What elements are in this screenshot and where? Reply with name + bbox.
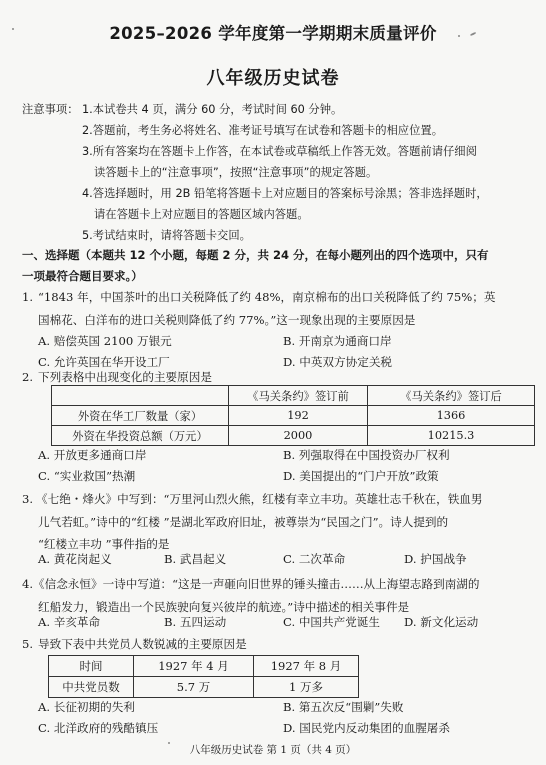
table-cell: 1 万多 <box>254 677 359 698</box>
stem-line: 儿气若虹。”诗中的“红楼 ”是湖北军政府旧址，被尊崇为“民国之门”。诗人提到的 <box>36 511 483 534</box>
notice-label: 注意事项： <box>22 99 79 120</box>
exam-subtitle: 八年级历史试卷 <box>0 64 546 90</box>
table-cell: 外资在华工厂数量（家） <box>52 406 229 426</box>
scan-speck <box>458 35 460 37</box>
table-cell: 1366 <box>368 406 535 426</box>
notice-item: 请在答题卡上对应题目的答题区域内答题。 <box>82 204 488 225</box>
option-b[interactable]: B. 开南京为通商口岸 <box>283 333 392 349</box>
table-cell: 10215.3 <box>368 426 535 446</box>
question-1-stem: “1843 年，中国茶叶的出口关税降低了约 48%，南京棉布的出口关税降低了约 … <box>38 286 495 331</box>
option-a[interactable]: A. 辛亥革命 <box>38 614 100 630</box>
option-d[interactable]: D. 中英双方协定关税 <box>283 354 392 370</box>
page-footer: 八年级历史试卷 第 1 页（共 4 页） <box>0 742 546 757</box>
option-c[interactable]: C. “实业救国”热潮 <box>38 468 135 484</box>
option-d[interactable]: D. 美国提出的“门户开放”政策 <box>283 468 439 484</box>
table-row: 中共党员数 5.7 万 1 万多 <box>49 677 359 698</box>
option-a[interactable]: A. 黄花岗起义 <box>38 551 112 567</box>
table-header-cell: 1927 年 4 月 <box>134 656 254 677</box>
table-row: 外资在华工厂数量（家） 192 1366 <box>52 406 535 426</box>
notice-item: 5.考试结束时，请将答题卡交回。 <box>82 225 488 246</box>
option-d[interactable]: D. 国民党内反动集团的血腥屠杀 <box>283 720 450 736</box>
stem-line: 《信念永恒》一诗中写道：“这是一声砸向旧世界的锤头撞击……从上海望志路到南湖的 <box>33 573 480 596</box>
table-header-cell: 时间 <box>49 656 134 677</box>
notice-item: 4.答选择题时，用 2B 铅笔将答题卡上对应题目的答案标号涂黑；答非选择题时， <box>82 183 488 204</box>
table-header-row: 《马关条约》签订前 《马关条约》签订后 <box>52 386 535 406</box>
option-b[interactable]: B. 第五次反“围剿”失败 <box>283 699 404 715</box>
section-heading-line: 一项最符合题目要求。） <box>22 266 489 287</box>
question-1-number: 1. <box>22 286 33 309</box>
table-header-cell: 1927 年 8 月 <box>254 656 359 677</box>
option-b[interactable]: B. 五四运动 <box>164 614 226 630</box>
option-d[interactable]: D. 新文化运动 <box>404 614 478 630</box>
table-cell: 5.7 万 <box>134 677 254 698</box>
notice-item: 3.所有答案均在答题卡上作答，在本试卷或草稿纸上作答无效。答题前请仔细阅 <box>82 141 488 162</box>
stem-line: “1843 年，中国茶叶的出口关税降低了约 48%，南京棉布的出口关税降低了约 … <box>38 286 495 309</box>
table-cell: 2000 <box>229 426 368 446</box>
question-5-number: 5. <box>22 633 33 656</box>
table-cell: 中共党员数 <box>49 677 134 698</box>
option-d[interactable]: D. 护国战争 <box>404 551 467 567</box>
option-a[interactable]: A. 赔偿英国 2100 万银元 <box>38 333 172 349</box>
table-cell: 外资在华投资总额（万元） <box>52 426 229 446</box>
option-b[interactable]: B. 武昌起义 <box>164 551 226 567</box>
question-4-stem: 《信念永恒》一诗中写道：“这是一声砸向旧世界的锤头撞击……从上海望志路到南湖的 … <box>33 573 480 618</box>
question-5-stem: 导致下表中共党员人数锐减的主要原因是 <box>38 633 247 656</box>
table-header-cell: 《马关条约》签订前 <box>229 386 368 406</box>
exam-header-title: 2025–2026 学年度第一学期期末质量评价 <box>0 20 546 44</box>
option-a[interactable]: A. 开放更多通商口岸 <box>38 447 147 463</box>
table-row: 外资在华投资总额（万元） 2000 10215.3 <box>52 426 535 446</box>
option-c[interactable]: C. 中国共产党诞生 <box>283 614 380 630</box>
section-heading: 一、选择题（本题共 12 个小题，每题 2 分，共 24 分，在每小题列出的四个… <box>22 245 489 287</box>
scan-speck <box>168 742 170 744</box>
section-heading-line: 一、选择题（本题共 12 个小题，每题 2 分，共 24 分，在每小题列出的四个… <box>22 245 489 266</box>
notice-item: 2.答题前，考生务必将姓名、准考证号填写在试卷和答题卡的相应位置。 <box>82 120 488 141</box>
question-3-stem: 《七绝・烽火》中写到：“万里河山烈火熊，红楼有幸立丰功。英雄壮志千秋在，铁血男 … <box>36 488 483 556</box>
stem-line: 国棉花、白洋布的进口关税则降低了约 77%。”这一现象出现的主要原因是 <box>38 309 495 332</box>
notice-item: 1.本试卷共 4 页，满分 60 分，考试时间 60 分钟。 <box>82 99 488 120</box>
table-header-row: 时间 1927 年 4 月 1927 年 8 月 <box>49 656 359 677</box>
question-3-number: 3. <box>22 488 33 511</box>
question-2-number: 2. <box>22 366 33 389</box>
option-c[interactable]: C. 二次革命 <box>283 551 345 567</box>
question-5-table: 时间 1927 年 4 月 1927 年 8 月 中共党员数 5.7 万 1 万… <box>48 655 359 698</box>
stem-line: 《七绝・烽火》中写到：“万里河山烈火熊，红楼有幸立丰功。英雄壮志千秋在，铁血男 <box>36 488 483 511</box>
option-b[interactable]: B. 列强取得在中国投资办厂权利 <box>283 447 450 463</box>
question-2-table: 《马关条约》签订前 《马关条约》签订后 外资在华工厂数量（家） 192 1366… <box>51 385 535 446</box>
notice-list: 1.本试卷共 4 页，满分 60 分，考试时间 60 分钟。 2.答题前，考生务… <box>82 99 488 246</box>
option-c[interactable]: C. 北洋政府的残酷镇压 <box>38 720 158 736</box>
question-4-number: 4. <box>22 573 33 596</box>
notice-item: 读答题卡上的“注意事项”，按照“注意事项”的规定答题。 <box>82 162 488 183</box>
table-header-cell <box>52 386 229 406</box>
scan-speck <box>12 28 14 30</box>
option-a[interactable]: A. 长征初期的失利 <box>38 699 135 715</box>
table-header-cell: 《马关条约》签订后 <box>368 386 535 406</box>
table-cell: 192 <box>229 406 368 426</box>
